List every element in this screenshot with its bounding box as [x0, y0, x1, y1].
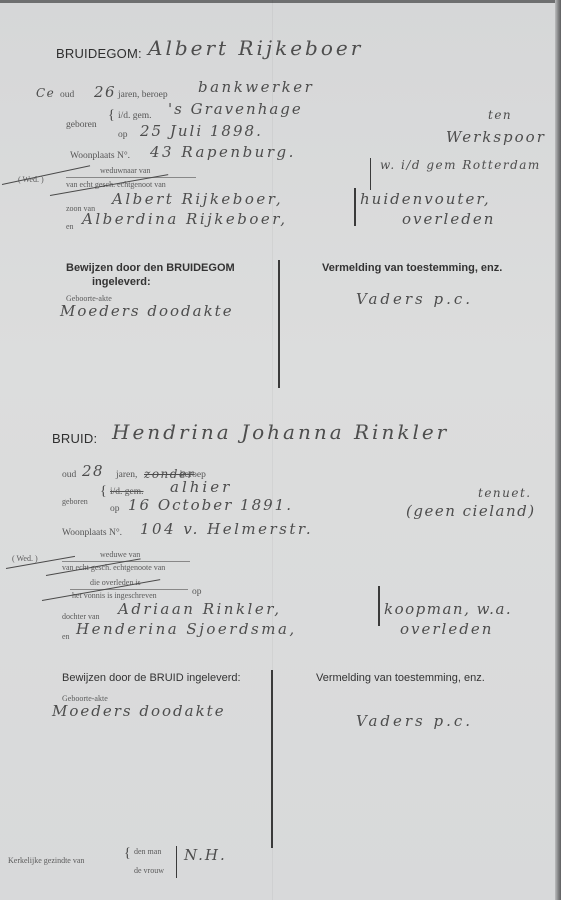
groom-side-note-1: ten: [488, 108, 512, 122]
bride-evidence-divider: [271, 670, 273, 848]
groom-evidence-value: Moeders doodakte: [60, 302, 234, 320]
groom-age-label: oud: [60, 90, 74, 100]
groom-heading: BRUIDEGOM:: [56, 46, 142, 61]
bride-birth-date-label: op: [110, 504, 120, 514]
bride-mother: Henderina Sjoerdsma,: [76, 620, 297, 638]
groom-evidence-heading-2: ingeleverd:: [92, 276, 151, 288]
bride-birth-date: 16 October 1891.: [128, 496, 293, 514]
groom-name: Albert Rijkeboer: [148, 36, 363, 60]
bride-age-label: oud: [62, 470, 76, 480]
groom-consent-heading: Vermelding van toestemming, enz.: [322, 262, 502, 274]
groom-age-suffix: jaren, beroep: [118, 90, 168, 100]
bride-birth-place: alhier: [170, 478, 232, 496]
church-woman-label: de vrouw: [134, 866, 164, 875]
church-brace: {: [124, 846, 131, 862]
groom-father-occupation: huidenvouter,: [360, 190, 491, 208]
church-bracket: [176, 846, 177, 878]
bride-residence: 104 v. Helmerstr.: [140, 520, 313, 538]
groom-birth-label: geboren: [66, 120, 97, 130]
groom-residence-bracket: [370, 158, 371, 190]
bride-deceased-line1: die overleden is: [90, 578, 141, 587]
bride-evidence-heading: Bewijzen door de BRUID ingeleverd:: [62, 672, 241, 684]
form-rule: [70, 589, 188, 590]
bride-mother-status: overleden: [400, 620, 493, 638]
groom-parents-divider: [354, 188, 356, 226]
groom-widower-line2: van echt gesch. echtgenoot van: [66, 180, 166, 189]
bride-birth-label: geboren: [62, 497, 88, 506]
bride-consent-value: Vaders p.c.: [356, 712, 473, 730]
bride-side-note-1: tenuet.: [478, 486, 532, 500]
bride-parents-divider: [378, 586, 380, 626]
bride-residence-label: Woonplaats N°.: [62, 528, 122, 538]
bride-widow-line2: van echt gesch. echtgenoote van: [62, 563, 165, 572]
marriage-record-page: BRUIDEGOM: Albert Rijkeboer Ce oud 26 ja…: [0, 0, 561, 900]
bride-consent-heading: Vermelding van toestemming, enz.: [316, 672, 485, 684]
groom-birth-place: 's Gravenhage: [168, 100, 303, 118]
groom-prefix: Ce: [36, 86, 55, 100]
bride-and-label: en: [62, 632, 70, 641]
groom-and-label: en: [66, 222, 74, 231]
groom-evidence-heading: Bewijzen door den BRUIDEGOM: [66, 262, 235, 274]
bride-age: 28: [82, 462, 104, 480]
church-label: Kerkelijke gezindte van: [8, 856, 84, 865]
bride-widow-line1: weduwe van: [100, 550, 140, 559]
church-value: N.H.: [184, 846, 227, 864]
groom-age: 26: [94, 83, 116, 101]
church-man-label: den man: [134, 847, 161, 856]
groom-widower-line1: weduwnaar van: [100, 166, 150, 175]
bride-father-occupation: koopman, w.a.: [384, 600, 512, 618]
bride-side-note-2: (geen cieland): [406, 502, 536, 520]
groom-mother: Alberdina Rijkeboer,: [82, 210, 288, 228]
groom-evidence-divider: [278, 260, 280, 388]
bride-name: Hendrina Johanna Rinkler: [112, 420, 449, 444]
bride-father: Adriaan Rinkler,: [118, 600, 282, 618]
groom-birth-brace: {: [108, 108, 115, 124]
bride-op-label: op: [192, 587, 202, 597]
form-rule: [66, 177, 196, 178]
groom-consent-value: Vaders p.c.: [356, 290, 473, 308]
bride-birth-brace: {: [100, 484, 107, 500]
groom-residence-note: w. i/d gem Rotterdam: [380, 158, 541, 172]
groom-birth-place-label: i/d. gem.: [118, 111, 152, 121]
bride-heading: BRUID:: [52, 431, 97, 446]
groom-birth-date: 25 Juli 1898.: [140, 122, 263, 140]
page-right-edge: [555, 0, 561, 900]
groom-occupation: bankwerker: [198, 78, 314, 96]
groom-residence-label: Woonplaats N°.: [70, 151, 130, 161]
bride-age-suffix: jaren,: [116, 470, 137, 480]
bride-widow-label: ( Wed. ): [12, 554, 38, 563]
groom-father: Albert Rijkeboer,: [112, 190, 283, 208]
groom-birth-date-label: op: [118, 130, 128, 140]
bride-evidence-value: Moeders doodakte: [52, 702, 226, 720]
groom-residence: 43 Rapenburg.: [150, 143, 296, 161]
page-top-edge: [0, 0, 561, 3]
groom-mother-status: overleden: [402, 210, 495, 228]
groom-side-note-2: Werkspoor: [446, 128, 546, 146]
